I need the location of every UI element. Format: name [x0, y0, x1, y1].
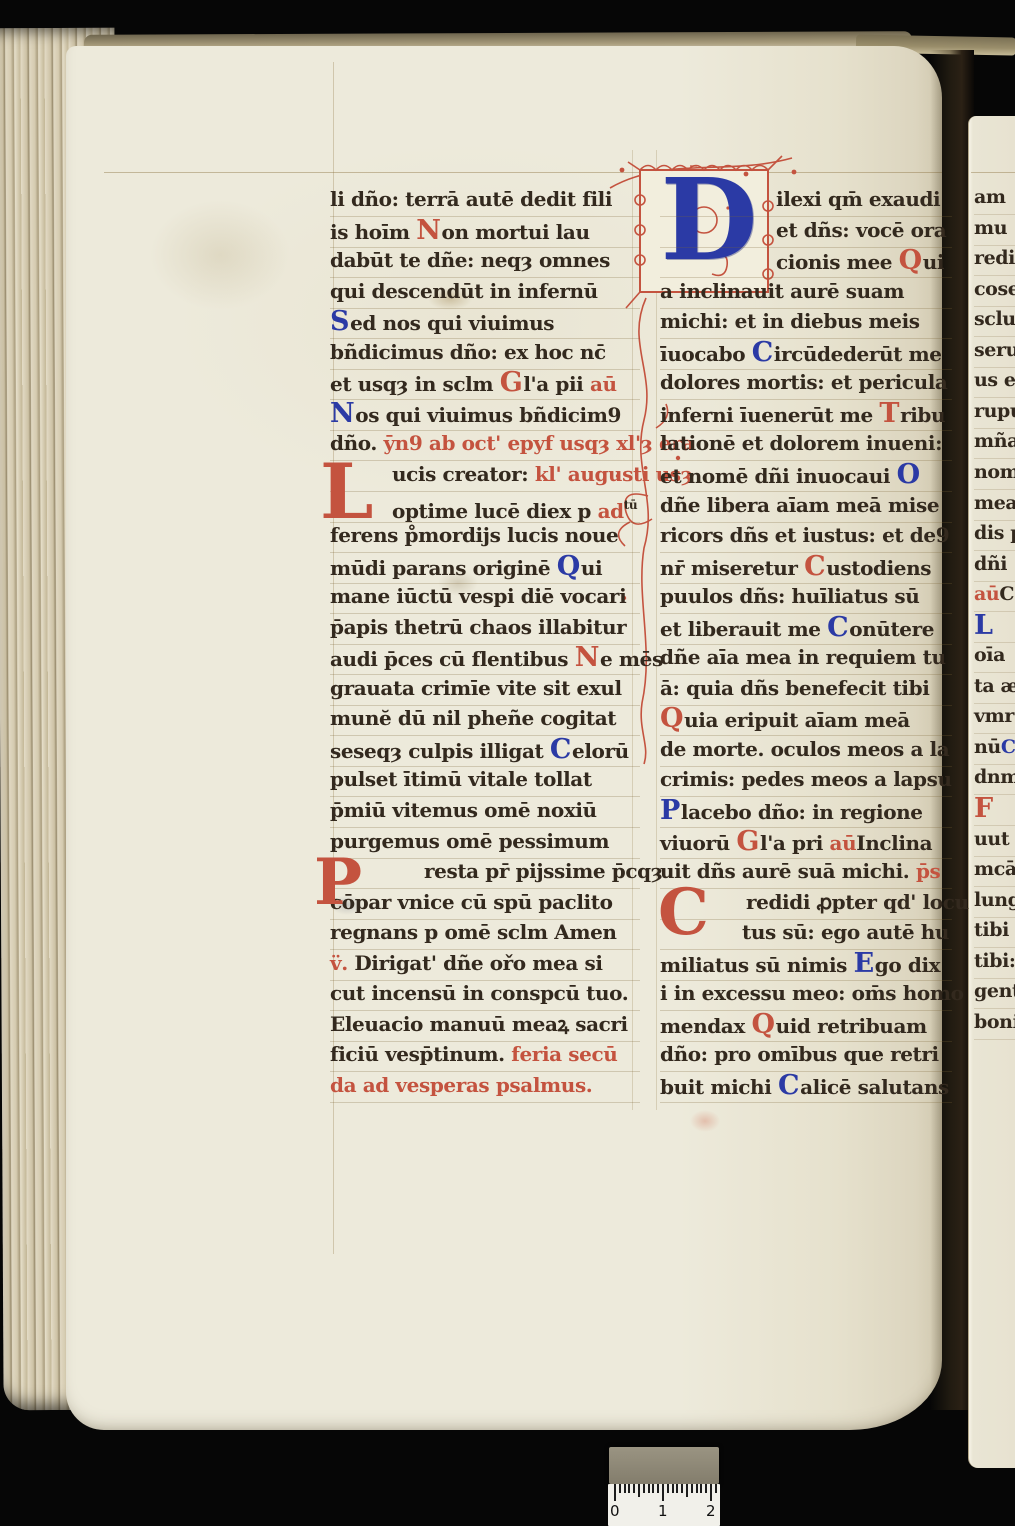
ruler-tick [638, 1484, 640, 1497]
photo-ruler: 012 [604, 1444, 724, 1526]
manuscript-line: resta pr̄ pijssime p̄cqȝ [330, 858, 640, 889]
manuscript-photograph: D li dño: terrā autē dedit filiis hoīm N… [0, 0, 1015, 1526]
manuscript-line: aūC [974, 581, 1015, 612]
manuscript-line: gent [974, 978, 1015, 1009]
manuscript-line: vmr [974, 703, 1015, 734]
manuscript-line: ta æ [974, 673, 1015, 704]
ruler-tick [643, 1484, 645, 1493]
ruler-tick [633, 1484, 635, 1493]
ruler-tick [691, 1484, 693, 1493]
manuscript-line: a inclinauit aurē suam [660, 278, 952, 309]
ruler-tick [628, 1484, 630, 1493]
ruler-tick [667, 1484, 669, 1493]
manuscript-line: da ad vesperas psalmus. [330, 1072, 640, 1103]
manuscript-line: buit michi Calicē salutans [660, 1072, 952, 1103]
manuscript-line: i in excessu meo: om̄s homo [660, 980, 952, 1011]
manuscript-line: p̄miū vitemus omē noxiū [330, 797, 640, 828]
manuscript-line: v̈. Dirigat' dñe ořo mea si [330, 950, 640, 981]
manuscript-line: mendax Quid retribuam [660, 1011, 952, 1042]
manuscript-line: tibi [974, 917, 1015, 948]
manuscript-line: pulset ītimū vitale tollat [330, 766, 640, 797]
left-text-column: li dño: terrā autē dedit filiis hoīm Non… [330, 186, 632, 1106]
next-page-column: ammuredicosescluiseruuus etrupumñanommea… [974, 184, 1015, 1084]
manuscript-line: dñe libera aīam meā mise [660, 492, 952, 523]
manuscript-line: mane iūctū vespi diē vocari [330, 583, 640, 614]
ruler-tick [648, 1484, 650, 1493]
manuscript-line: dño. ȳn9 ab oct' epyf usqȝ xl'ȝ era [330, 430, 640, 461]
ruler-label: 1 [658, 1502, 668, 1520]
manuscript-line: michi: et in diebus meis [660, 308, 952, 339]
manuscript-line: purgemus omē pessimum [330, 828, 640, 859]
manuscript-line: ricors dñs et iustus: et de9 [660, 522, 952, 553]
ruler-tick [710, 1484, 712, 1501]
manuscript-line: audi p̄ces cū flentibus Ne mēs [330, 644, 640, 675]
manuscript-line: tibi: [974, 948, 1015, 979]
ruler-tick [624, 1484, 626, 1493]
drop-cap-c: C [658, 884, 709, 942]
manuscript-line: grauata crimīe vite sit exul [330, 675, 640, 706]
manuscript-line: am [974, 184, 1015, 215]
manuscript-line: cut incensū in conspcū tuo. [330, 980, 640, 1011]
ruler-tick [681, 1484, 683, 1493]
ruler-tick [614, 1484, 616, 1501]
manuscript-line: is hoīm Non mortui lau [330, 217, 640, 248]
drop-cap-l: L [320, 458, 373, 526]
manuscript-line: Eleuacio manuū meaꝝ sacri [330, 1011, 640, 1042]
manuscript-line: us et [974, 367, 1015, 398]
manuscript-line: regnans p omē sclm Amen [330, 919, 640, 950]
manuscript-line: dabūt te dñe: neqȝ omnes [330, 247, 640, 278]
manuscript-line: cionis mee Qui [660, 247, 952, 278]
next-page-sliver: ammuredicosescluiseruuus etrupumñanommea… [968, 116, 1015, 1468]
manuscript-line: Placebo dño: in regione [660, 797, 952, 828]
manuscript-line: Nos qui viuimus bñdicim9 [330, 400, 640, 431]
manuscript-line: nr̄ miseretur Custodiens [660, 553, 952, 584]
ruler-tick [619, 1484, 621, 1493]
manuscript-line: īuocabo Circūdederūt me [660, 339, 952, 370]
manuscript-line: et usqȝ in sclm Gl'a pii aū [330, 369, 640, 400]
manuscript-line: qui descendūt in infernū [330, 278, 640, 309]
manuscript-line: bñdicimus dño: ex hoc nc̄ [330, 339, 640, 370]
manuscript-line: dño: pro omībus que retri [660, 1041, 952, 1072]
manuscript-line: dñi [974, 551, 1015, 582]
manuscript-line: nūC [974, 734, 1015, 765]
sliver-ruling [971, 172, 1015, 173]
manuscript-line: seruu [974, 337, 1015, 368]
manuscript-line: crimis: pedes meos a lapsu [660, 766, 952, 797]
manuscript-line: dñe aīa mea in requiem tu [660, 644, 952, 675]
ruler-tick [652, 1484, 654, 1493]
manuscript-line: mūdi parans originē Qui [330, 553, 640, 584]
manuscript-line: mu [974, 215, 1015, 246]
ruler-label: 0 [610, 1502, 620, 1520]
ruler-white-bar: 012 [608, 1484, 720, 1526]
manuscript-line: dnm [974, 764, 1015, 795]
manuscript-line: optime lucē diex p adtū [330, 492, 640, 523]
ruler-tick [672, 1484, 674, 1493]
manuscript-line: ficiū vesp̄tinum. feria secū [330, 1041, 640, 1072]
manuscript-line: ā: quia dñs benefecit tibi [660, 675, 952, 706]
manuscript-line: nom [974, 459, 1015, 490]
manuscript-line: cose [974, 276, 1015, 307]
manuscript-line: et nomē dñi inuocaui O [660, 461, 952, 492]
manuscript-line: lationē et dolorem inueni: [660, 430, 952, 461]
ruling-line-vertical-mid2 [656, 150, 657, 1110]
manuscript-line: ucis creator: kl' augusti usȝ [330, 461, 640, 492]
manuscript-line: dolores mortis: et pericula [660, 369, 952, 400]
manuscript-line: li dño: terrā autē dedit fili [330, 186, 640, 217]
manuscript-line: puulos dñs: huīliatus sū [660, 583, 952, 614]
manuscript-line: p̄apis thetrū chaos illabitur [330, 614, 640, 645]
manuscript-line: Quia eripuit aīam meā [660, 705, 952, 736]
manuscript-line: seseqȝ culpis illigat Celorū [330, 736, 640, 767]
ruler-tick [686, 1484, 688, 1497]
ruler-tick [700, 1484, 702, 1493]
manuscript-line: mea [974, 490, 1015, 521]
manuscript-line: L [974, 612, 1015, 643]
ruler-tick [662, 1484, 664, 1501]
manuscript-line: oīa [974, 642, 1015, 673]
manuscript-line: mcāD [974, 856, 1015, 887]
manuscript-line: de morte. oculos meos a la [660, 736, 952, 767]
ruling-line-horizontal [104, 172, 942, 173]
manuscript-line: F [974, 795, 1015, 826]
manuscript-line: et dñs: vocē ora [660, 217, 952, 248]
manuscript-line: dis p [974, 520, 1015, 551]
manuscript-line: uut [974, 826, 1015, 857]
manuscript-line: cōpar vnice cū spū paclito [330, 889, 640, 920]
manuscript-line: ilexi qm̄ exaudi [660, 186, 952, 217]
manuscript-line: miliatus sū nimis Ego dix [660, 950, 952, 981]
manuscript-line: et liberauit me Conūtere [660, 614, 952, 645]
manuscript-line: Sed nos qui viuimus [330, 308, 640, 339]
ruler-tick [696, 1484, 698, 1493]
manuscript-line: redi [974, 245, 1015, 276]
manuscript-line: mña [974, 428, 1015, 459]
ruler-tick [715, 1484, 717, 1493]
manuscript-line: ferens p̊mordijs lucis noue [330, 522, 640, 553]
manuscript-line: lung [974, 887, 1015, 918]
manuscript-line: boni [974, 1009, 1015, 1040]
ruler-tick [676, 1484, 678, 1493]
ruler-label: 2 [706, 1502, 716, 1520]
ruler-tick [657, 1484, 659, 1493]
right-text-column: ilexi qm̄ exaudiet dñs: vocē oracionis m… [660, 186, 944, 1106]
ruler-gray-bar [609, 1447, 719, 1484]
manuscript-line: viuorū Gl'a pri aūInclina [660, 828, 952, 859]
manuscript-line: sclui [974, 306, 1015, 337]
manuscript-line: munĕ dū nil pheñe cogitat [330, 705, 640, 736]
ruler-tick [705, 1484, 707, 1493]
manuscript-line: rupu [974, 398, 1015, 429]
drop-cap-p: P [314, 854, 362, 912]
manuscript-line: inferni īuenerūt me Tribu [660, 400, 952, 431]
